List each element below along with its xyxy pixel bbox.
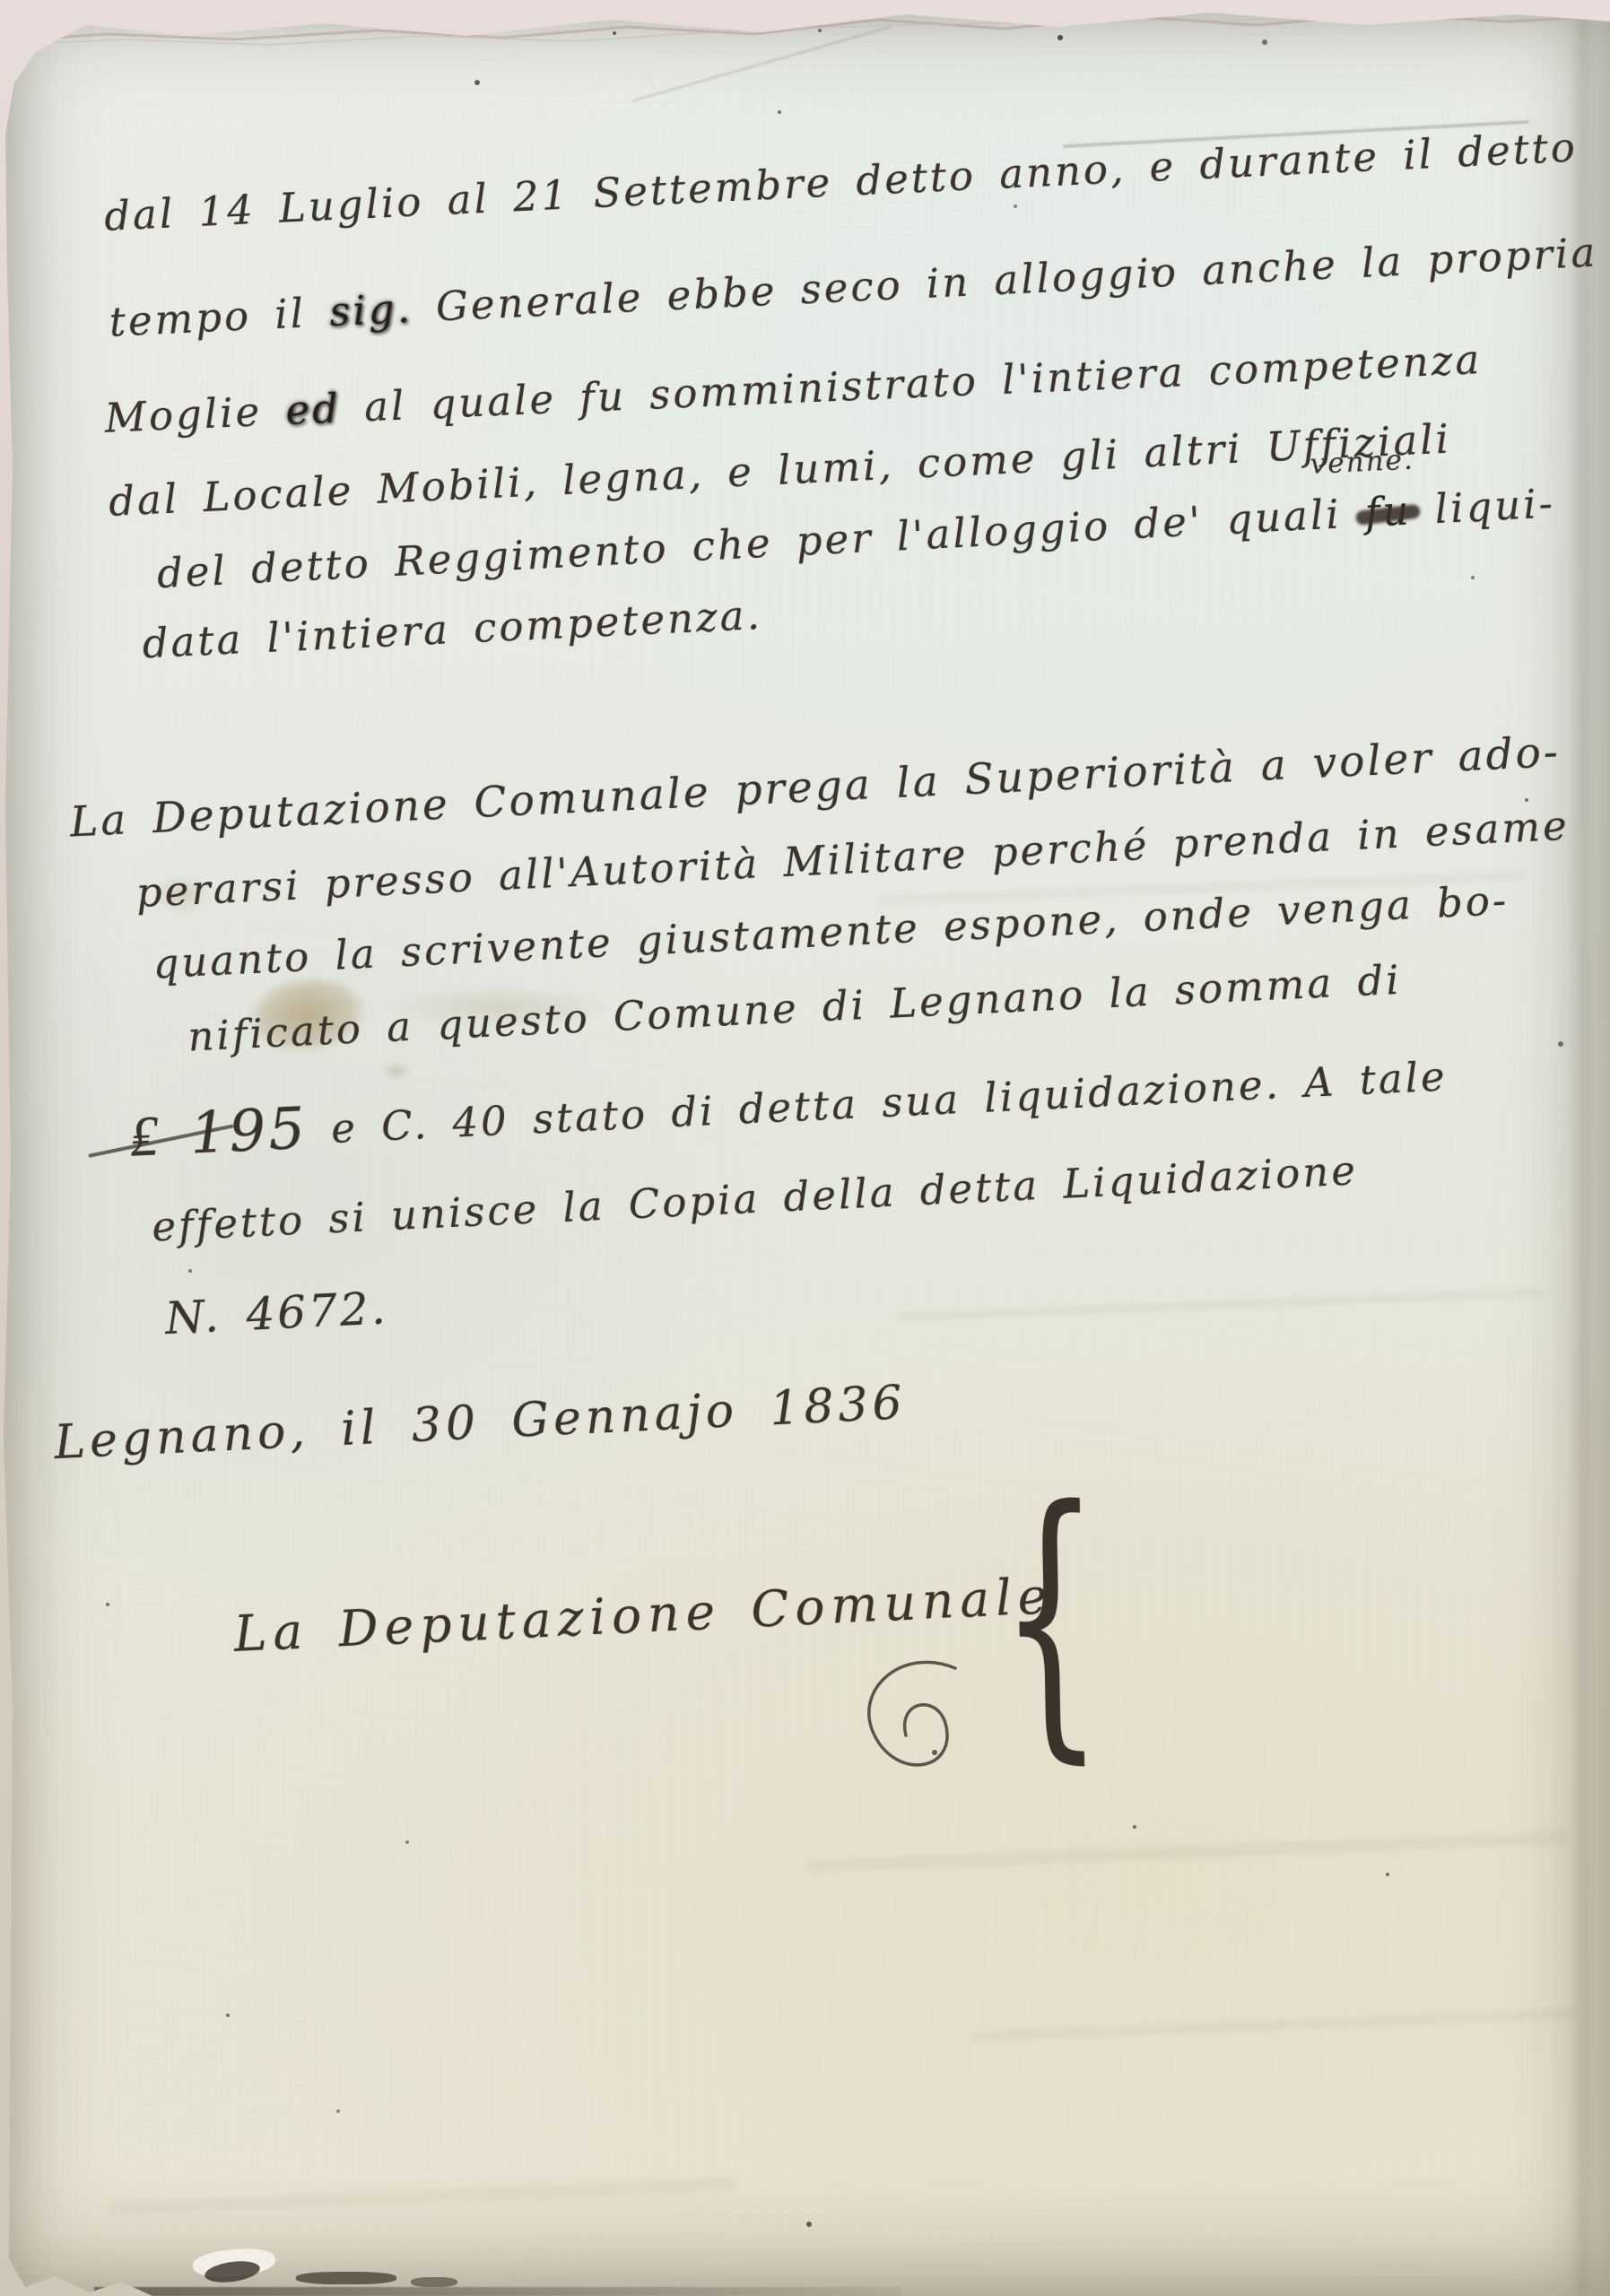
manuscript-line-1: dal 14 Luglio al 21 Settembre detto anno… [103,124,1579,240]
torn-edge-dark [296,2272,396,2284]
torn-edge-top [0,0,1610,72]
lira-amount: ₤ 195 [128,1095,309,1170]
torn-edge-bottom [94,2287,901,2296]
faint-pencil-stroke [633,26,892,102]
torn-edge-dark [411,2277,457,2287]
line-2-start: tempo il [109,288,331,346]
ink-speck-field [0,0,4,4]
line-3-start: Moglie [104,387,287,442]
ink-blot-word: sig. [328,284,413,335]
line-3-end: al quale fu somministrato l'intiera comp… [340,335,1484,431]
date-line: Legnano, il 30 Gennajo 1836 [53,1376,908,1470]
ink-blot-word: ed [284,385,342,435]
reference-number: N. 4672. [164,1282,389,1344]
scanned-page: dal 14 Luglio al 21 Settembre detto anno… [0,0,1610,2296]
manuscript-line-2: tempo il sig. Generale ebbe seco in allo… [109,229,1599,346]
ghost-bleed-line [108,2179,735,2215]
signature-brace: { [996,1446,1105,1788]
amount-text: e C. 40 stato di detta sua liquidazione.… [307,1053,1449,1154]
manuscript-line-11: ₤ 195 e C. 40 stato di detta sua liquida… [128,1039,1449,1167]
line-2-end: Generale ebbe seco in alloggio anche la … [411,229,1598,332]
paper-sheet: dal 14 Luglio al 21 Settembre detto anno… [0,0,1610,2296]
paraph-flourish [821,1650,1000,1830]
signature-line: La Deputazione Comunale [232,1567,1054,1663]
manuscript-line-12: effetto si unisce la Copia della detta L… [151,1146,1359,1250]
line-5-end: liqui- [1410,479,1556,534]
inserted-word: venne. [1310,443,1415,480]
struck-word: fu [1364,487,1413,537]
manuscript-line-6: data l'intiera competenza. [141,591,762,668]
